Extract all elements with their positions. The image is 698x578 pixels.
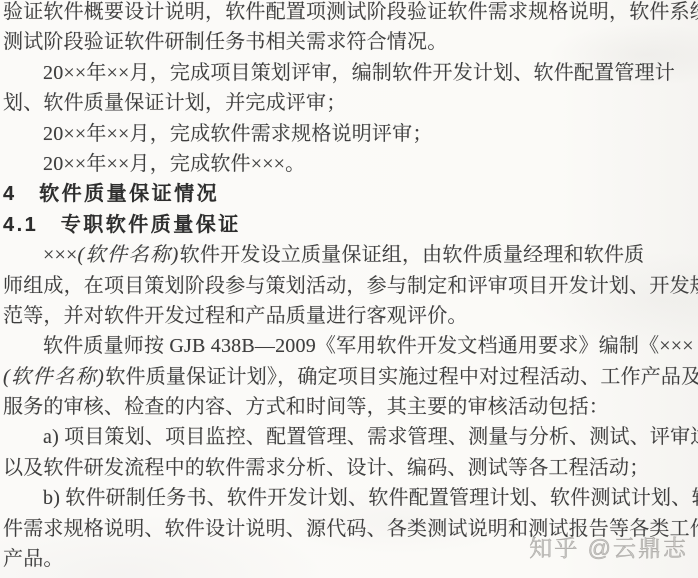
text-run: 软件质量师按 GJB 438B—2009《军用软件开发文档通用要求》编制《××× — [43, 335, 694, 357]
text-run: a) 项目策划、项目监控、配置管理、需求管理、测量与分析、测试、评审过程 — [43, 426, 698, 448]
text-run: 产品。 — [3, 548, 64, 570]
kai-text-run: (软件名称) — [3, 366, 105, 388]
text-run: 划、软件质量保证计划，并完成评审； — [3, 92, 346, 114]
text-run: 验证软件概要设计说明，软件配置项测试阶段验证软件需求规格说明，软件系统 — [3, 1, 698, 23]
text-run: 以及软件研发流程中的软件需求分析、设计、编码、测试等各工程活动； — [3, 457, 649, 479]
text-line: 20××年××月，完成软件×××。 — [3, 149, 696, 179]
text-run: 软件质量保证计划》，确定项目实施过程中对过程活动、工作产品及 — [105, 366, 698, 388]
text-line: (软件名称)软件质量保证计划》，确定项目实施过程中对过程活动、工作产品及 — [3, 362, 696, 392]
section-heading: 4.1 专职软件质量保证 — [3, 210, 696, 240]
text-line: 产品。 — [3, 544, 696, 574]
text-line: b) 软件研制任务书、软件开发计划、软件配置管理计划、软件测试计划、软 — [3, 483, 696, 513]
text-run: b) 软件研制任务书、软件开发计划、软件配置管理计划、软件测试计划、软 — [43, 487, 698, 509]
text-line: 服务的审核、检查的内容、方式和时间等，其主要的审核活动包括： — [3, 392, 696, 422]
text-run: 20××年××月，完成软件需求规格说明评审； — [43, 123, 433, 145]
text-line: a) 项目策划、项目监控、配置管理、需求管理、测量与分析、测试、评审过程 — [3, 422, 696, 452]
text-run: 20××年××月，完成项目策划评审，编制软件开发计划、软件配置管理计 — [43, 62, 675, 84]
text-run: 件需求规格说明、软件设计说明、源代码、各类测试说明和测试报告等各类工作 — [3, 518, 698, 540]
text-line: 划、软件质量保证计划，并完成评审； — [3, 88, 696, 118]
text-line: 验证软件概要设计说明，软件配置项测试阶段验证软件需求规格说明，软件系统 — [3, 0, 696, 27]
kai-text-run: (软件名称) — [77, 244, 179, 266]
text-run: 软件开发设立质量保证组，由软件质量经理和软件质 — [180, 244, 645, 266]
text-run: ××× — [43, 244, 77, 266]
scanned-document-page: 验证软件概要设计说明，软件配置项测试阶段验证软件需求规格说明，软件系统测试阶段验… — [0, 0, 698, 578]
text-run: 4.1 专职软件质量保证 — [3, 214, 241, 236]
text-line: ×××(软件名称)软件开发设立质量保证组，由软件质量经理和软件质 — [3, 240, 696, 270]
text-line: 以及软件研发流程中的软件需求分析、设计、编码、测试等各工程活动； — [3, 453, 696, 483]
section-heading: 4 软件质量保证情况 — [3, 179, 696, 209]
text-run: 20××年××月，完成软件×××。 — [43, 153, 305, 175]
text-line: 20××年××月，完成软件需求规格说明评审； — [3, 119, 696, 149]
text-run: 范等，并对软件开发过程和产品质量进行客观评价。 — [3, 305, 468, 327]
text-line: 软件质量师按 GJB 438B—2009《军用软件开发文档通用要求》编制《××× — [3, 331, 696, 361]
text-line: 测试阶段验证软件研制任务书相关需求符合情况。 — [3, 27, 696, 57]
text-line: 件需求规格说明、软件设计说明、源代码、各类测试说明和测试报告等各类工作 — [3, 514, 696, 544]
text-run: 测试阶段验证软件研制任务书相关需求符合情况。 — [3, 31, 447, 53]
text-run: 师组成，在项目策划阶段参与策划活动，参与制定和评审项目开发计划、开发规 — [3, 275, 698, 297]
text-line: 范等，并对软件开发过程和产品质量进行客观评价。 — [3, 301, 696, 331]
text-run: 4 软件质量保证情况 — [3, 183, 219, 205]
document-body: 验证软件概要设计说明，软件配置项测试阶段验证软件需求规格说明，软件系统测试阶段验… — [0, 0, 698, 574]
text-line: 师组成，在项目策划阶段参与策划活动，参与制定和评审项目开发计划、开发规 — [3, 271, 696, 301]
text-run: 服务的审核、检查的内容、方式和时间等，其主要的审核活动包括： — [3, 396, 609, 418]
text-line: 20××年××月，完成项目策划评审，编制软件开发计划、软件配置管理计 — [3, 58, 696, 88]
